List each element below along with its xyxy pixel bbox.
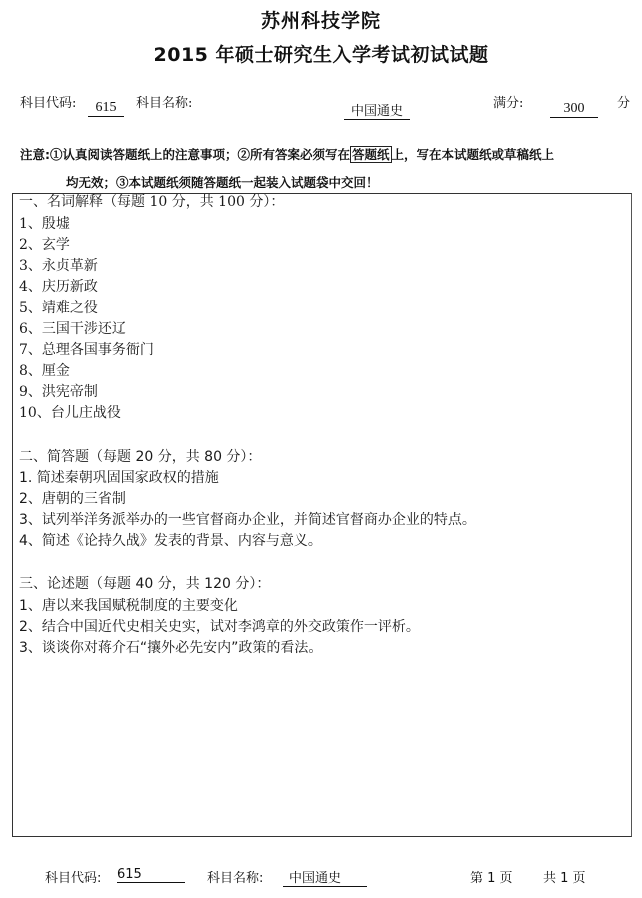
list-item: 1、唐以来我国赋税制度的主要变化 xyxy=(19,596,238,616)
list-item: 2、唐朝的三省制 xyxy=(19,489,126,509)
notice-line-2: 均无效；③本试题纸须随答题纸一起装入试题袋中交回！ xyxy=(66,173,379,191)
section-1-heading: 一、名词解释（每题 10 分，共 100 分）： xyxy=(19,192,284,212)
footer-subject-name: 中国通史 xyxy=(283,867,367,887)
footer-subject-code: 615 xyxy=(117,867,185,883)
page-total: 共 1 页 xyxy=(543,867,586,886)
list-item: 9、洪宪帝制 xyxy=(19,382,98,402)
list-item: 3、试列举洋务派举办的一些官督商办企业，并简述官督商办企业的特点。 xyxy=(19,510,476,530)
list-item: 3、永贞革新 xyxy=(19,256,98,276)
full-score-label: 满分: xyxy=(493,92,523,111)
list-item: 2、结合中国近代史相关史实，试对李鸿章的外交政策作一评析。 xyxy=(19,617,420,637)
subject-code-label: 科目代码: xyxy=(20,92,76,111)
footer-subject-code-label: 科目代码: xyxy=(45,867,101,886)
list-item: 4、简述《论持久战》发表的背景、内容与意义。 xyxy=(19,531,322,551)
list-item: 8、厘金 xyxy=(19,361,70,381)
list-item: 7、总理各国事务衙门 xyxy=(19,340,154,360)
score-unit: 分 xyxy=(617,92,630,111)
notice-line-1: 注意:①认真阅读答题纸上的注意事项；②所有答案必须写在答题纸上，写在本试题纸或草… xyxy=(20,145,554,163)
subject-name-value: 中国通史 xyxy=(344,100,410,120)
list-item: 4、庆历新政 xyxy=(19,277,98,297)
list-item: 10、台儿庄战役 xyxy=(19,403,121,423)
school-name: 苏州科技学院 xyxy=(0,6,642,33)
footer-subject-name-label: 科目名称: xyxy=(207,867,263,886)
notice-label: 注意: xyxy=(20,147,50,162)
page-current: 第 1 页 xyxy=(470,867,513,886)
subject-name-label: 科目名称: xyxy=(136,92,192,111)
notice-text-a: ①认真阅读答题纸上的注意事项；②所有答案必须写在 xyxy=(50,147,350,162)
list-item: 5、靖难之役 xyxy=(19,298,98,318)
list-item: 1. 简述秦朝巩固国家政权的措施 xyxy=(19,468,219,488)
subject-code-value: 615 xyxy=(88,100,124,117)
list-item: 3、谈谈你对蒋介石“攘外必先安内”政策的看法。 xyxy=(19,638,322,658)
notice-text-b: 上，写在本试题纸或草稿纸上 xyxy=(392,147,555,162)
section-2-heading: 二、简答题（每题 20 分，共 80 分）： xyxy=(19,447,261,467)
full-score-value: 300 xyxy=(550,101,598,118)
list-item: 6、三国干涉还辽 xyxy=(19,319,126,339)
exam-title: 2015 年硕士研究生入学考试初试试题 xyxy=(0,40,642,67)
list-item: 2、玄学 xyxy=(19,235,70,255)
answer-sheet-boxed: 答题纸 xyxy=(350,146,392,163)
section-3-heading: 三、论述题（每题 40 分，共 120 分）： xyxy=(19,574,270,594)
list-item: 1、殷墟 xyxy=(19,214,70,234)
